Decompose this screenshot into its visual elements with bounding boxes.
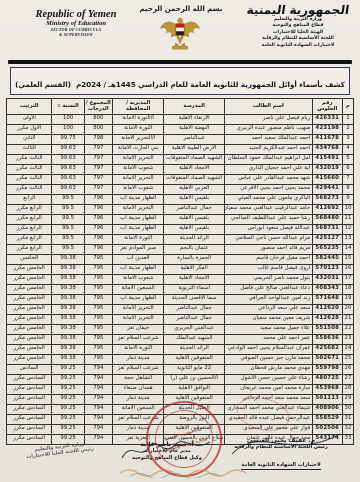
cell-rank: الثالث مكرر (7, 174, 52, 184)
cell-student-name: ريام فيصل علي ناصر (224, 114, 312, 124)
cell-district: التحرير الامانة (112, 154, 163, 164)
cell-rank: الأولى (7, 114, 52, 124)
cell-percentage: 99.25 (52, 394, 84, 404)
cell-district: مدينة ذمار (112, 424, 163, 434)
table-row: 1 426331 ريام فيصل علي ناصر الارتقاء الا… (7, 114, 354, 124)
cell-school: جمال عبدالناصر (164, 314, 225, 324)
cell-district: أ/التحرير الامانة (112, 134, 163, 144)
table-row: 13 425127 مرام عبدالله حسن ناجي السلامي … (7, 234, 354, 244)
cell-school: عثمان بالنجم (164, 244, 225, 254)
results-table: م رقم الجلوس اسم الطالب المدرسة المديرية… (6, 98, 354, 445)
cell-school: عبدالناصر (164, 134, 225, 144)
cell-number: 24 (342, 344, 353, 354)
cell-total: 796 (84, 244, 112, 254)
cell-percentage: 99.25 (52, 384, 84, 394)
cell-seat-number: 434768 (312, 144, 342, 154)
cell-percentage: 99.38 (52, 304, 84, 314)
cell-student-name: اية علي احمد جحيان الذاري (224, 164, 312, 174)
cell-district: شرعب السلام تعز (112, 334, 163, 344)
cell-student-name: محمد مازن جبر حسين الصوفي (224, 354, 312, 364)
cell-seat-number: 559798 (312, 364, 342, 374)
cell-school: أسماء التربوية (164, 284, 225, 294)
cell-total: 794 (84, 424, 112, 434)
cell-seat-number: 412620 (312, 304, 342, 314)
cell-district: العدين اب (112, 254, 163, 264)
cell-number: 22 (342, 324, 353, 334)
table-row: 29 501113 سعد محمد سعد احمد الرداعي المت… (7, 394, 354, 404)
cell-student-name: مرام عبدالله حسن ناجي السلامي (224, 234, 312, 244)
signatory-title-center-1: مدير عام الاختبارات (112, 448, 222, 455)
cell-seat-number: 453968 (312, 384, 342, 394)
cell-seat-number: 408906 (312, 404, 342, 414)
cell-seat-number: 565235 (312, 244, 342, 254)
cell-student-name: مريم قائد احمد منصور (224, 244, 312, 254)
cell-school: الشهيد الصماد المتفوقات (164, 154, 225, 164)
cell-district: التحرير الامانة (112, 314, 163, 324)
exams-line: لاختبارات الشهادة الثانوية العامة (244, 43, 352, 49)
cell-school: عبدالغني الحريري (164, 324, 225, 334)
table-body: 1 426331 ريام فيصل علي ناصر الارتقاء الا… (7, 114, 354, 444)
cell-rank: الرابع مكرر (7, 204, 52, 214)
cell-number: 7 (342, 174, 353, 184)
col-header-number: م (342, 98, 353, 114)
cell-student-name: عبدالله فيصل سعود ابوراس (224, 224, 312, 234)
cell-total: 795 (84, 264, 112, 274)
english-letterhead: Republic of Yemen Ministry of Education … (16, 9, 136, 38)
cell-school: جمال عبدالناصر (164, 304, 225, 314)
cell-seat-number: 570123 (312, 264, 342, 274)
col-header-total: المجموع / الدرجات (84, 98, 112, 114)
cell-number: 3 (342, 134, 353, 144)
cell-district: مدينة ذمار (112, 354, 163, 364)
cell-number: 14 (342, 244, 353, 254)
cell-school: بلقيس الاهلية (164, 224, 225, 234)
table-row: 8 429441 محمد يحيى احمد يحيى الاقرعي الع… (7, 184, 354, 194)
cell-number: 4 (342, 144, 353, 154)
cell-district: مدينة ذمار (112, 394, 163, 404)
table-row: 12 568731 عبدالله فيصل سعود ابوراس بلقيس… (7, 224, 354, 234)
table-row: 32 502506 فواز علي محمد علي السعيدي المت… (7, 424, 354, 434)
table-row: 24 425682 غفران عبدالسلام يحيى احمد الوا… (7, 344, 354, 354)
cell-rank: الرابع مكرر (7, 214, 52, 224)
cell-total: 796 (84, 224, 112, 234)
cell-number: 18 (342, 284, 353, 294)
cell-number: 32 (342, 424, 353, 434)
cell-rank: الخامس مكرر (7, 284, 52, 294)
cell-school: الشهيد عبدالملك (164, 334, 225, 344)
cell-school: الفكر الاهلية (164, 264, 225, 274)
cell-student-name: سعد علي سعد الرداعي (224, 304, 312, 314)
cell-rank: الخامس مكرر (7, 334, 52, 344)
cell-seat-number: 480725 (312, 374, 342, 384)
cell-total: 797 (84, 154, 112, 164)
table-row: 10 412692 حامد عبدالرقيب عبدالغني محمد س… (7, 204, 354, 214)
cell-percentage: 99.38 (52, 354, 84, 364)
cell-total: 795 (84, 354, 112, 364)
cell-number: 30 (342, 404, 353, 414)
cell-student-name: سعد محمد سعد احمد الرداعي (224, 394, 312, 404)
cell-number: 26 (342, 364, 353, 374)
cell-rank: الخامس مكرر (7, 314, 52, 324)
cell-district: التحرير الامانة (112, 204, 163, 214)
cell-district: أ/الثورة الامانة (112, 114, 163, 124)
cell-total: 795 (84, 284, 112, 294)
table-row: 16 570123 اروى فيصل قاسم غالب الفكر الاه… (7, 264, 354, 274)
cell-percentage: 99.5 (52, 194, 84, 204)
cell-school: أ/الحسين بن علي (ر) (164, 374, 225, 384)
cell-number: 9 (342, 194, 353, 204)
cell-rank: الخامس مكرر (7, 354, 52, 364)
table-row: 15 582445 احمد مقبل فرحان قاسم الحمزة با… (7, 254, 354, 264)
cell-percentage: 99.38 (52, 284, 84, 294)
cell-seat-number: 415660 (312, 174, 342, 184)
cell-district: الشاهل حجة (112, 374, 163, 384)
cell-number: 20 (342, 304, 353, 314)
cell-rank: الرابع (7, 194, 52, 204)
cell-district: الظهار مدينة اب (112, 194, 163, 204)
cell-seat-number: 423198 (312, 124, 342, 134)
document-section-label: (القسم العلمي) (15, 80, 71, 89)
cell-district: همدان صنعاء (112, 384, 163, 394)
cell-seat-number: 412692 (312, 204, 342, 214)
table-row: 14 565235 مريم قائد احمد منصور عثمان بال… (7, 244, 354, 254)
cell-total: 797 (84, 174, 112, 184)
cell-district: السبعين الامانة (112, 404, 163, 414)
cell-district: شرعب السلام تعز (112, 364, 163, 374)
cell-number: 29 (342, 394, 353, 404)
cell-seat-number: 568273 (312, 194, 342, 204)
cell-school: الارتقاء الاهلية (164, 114, 225, 124)
cell-total: 795 (84, 324, 112, 334)
cell-student-name: اروى فيصل قاسم غالب (224, 264, 312, 274)
cell-seat-number: 568731 (312, 224, 342, 234)
cell-percentage: 99.38 (52, 334, 84, 344)
table-row: 30 408906 شيماء عبدالغني محمد احمد السحا… (7, 404, 354, 414)
cell-percentage: 99.38 (52, 264, 84, 274)
cell-total: 798 (84, 134, 112, 144)
cell-number: 16 (342, 264, 353, 274)
cell-student-name: امل ابراهيم عبدالملك حمود السلطان (224, 154, 312, 164)
cell-rank: الخامس مكرر (7, 344, 52, 354)
header-divider (8, 60, 352, 64)
cell-seat-number: 568480 (312, 214, 342, 224)
cell-number: 5 (342, 154, 353, 164)
cell-district: بني الحارث الامانة (112, 144, 163, 154)
cell-number: 13 (342, 234, 353, 244)
cell-district: شعوب الامانة (112, 164, 163, 174)
cell-seat-number: 432031 (312, 274, 342, 284)
cell-school: بلقيس الاهلية (164, 214, 225, 224)
cell-seat-number: 558636 (312, 334, 342, 344)
cell-percentage: 99.38 (52, 344, 84, 354)
signatory-name-right: م. عفيف يحيى العنسي (216, 437, 346, 444)
cell-rank: السادس (7, 364, 52, 374)
cell-rank: الخامس مكرر (7, 264, 52, 274)
cell-seat-number: 551508 (312, 324, 342, 334)
cell-total: 794 (84, 364, 112, 374)
cell-student-name: دعاء عبدالغني صالح علي فاضل (224, 284, 312, 294)
cell-percentage: 100 (52, 124, 84, 134)
cell-total: 794 (84, 384, 112, 394)
cell-district: الظهار مدينة اب (112, 294, 163, 304)
cell-rank: الثالث مكرر (7, 164, 52, 174)
table-row: 19 571648 رند امين عبدالواحد الجرافي سما… (7, 294, 354, 304)
cell-number: 11 (342, 214, 353, 224)
cell-rank: السادس مكرر (7, 374, 52, 384)
cell-seat-number: 429441 (312, 184, 342, 194)
cell-number: 12 (342, 224, 353, 234)
cell-rank: السادس مكرر (7, 394, 52, 404)
cell-student-name: مهدي محمد مارش قحطان (224, 364, 312, 374)
cell-school: المتفوقين الاهلية (164, 424, 225, 434)
table-row: 5 415491 امل ابراهيم عبدالملك حمود السلط… (7, 154, 354, 164)
arabic-letterhead-lines: وزارة التربية والتعليم قطاع المناهج والت… (244, 17, 352, 49)
cell-district: الثورة الامانة (112, 344, 163, 354)
cell-percentage: 99.25 (52, 404, 84, 414)
cell-number: 23 (342, 334, 353, 344)
cell-seat-number: 571648 (312, 294, 342, 304)
cell-seat-number: 582445 (312, 254, 342, 264)
cell-school: الرائد الحديثة (164, 344, 225, 354)
col-header-school: المدرسة (164, 98, 225, 114)
cell-number: 15 (342, 254, 353, 264)
cell-rank: الثالث (7, 144, 52, 154)
cell-number: 10 (342, 204, 353, 214)
republic-calligraphy: الجمهورية اليمنية (243, 3, 353, 17)
cell-district: الثورة الامانة (112, 124, 163, 134)
cell-student-name: محمد يحيى احمد يحيى الاقرعي (224, 184, 312, 194)
cell-district: شرعب السلام تعز (112, 414, 163, 424)
cell-student-name: شهد محمد عبدالقادر علي عباس (224, 174, 312, 184)
signatory-title-right-2: لاختبارات الشهادة الثانوية العامة (241, 462, 320, 470)
letterhead: Republic of Yemen Ministry of Education … (0, 0, 360, 58)
cell-school: المتفوقين الاهلية (164, 394, 225, 404)
cell-percentage: 99.5 (52, 224, 84, 234)
cell-rank: الخامس مكرر (7, 294, 52, 304)
table-row: 20 412620 سعد علي سعد الرداعي جمال عبدال… (7, 304, 354, 314)
cell-student-name: رشا حميد علي عبداللطيف الصالحي (224, 214, 312, 224)
cell-school: الحمزة بالسارة (164, 254, 225, 264)
cell-total: 795 (84, 304, 112, 314)
col-header-percentage: النسبة ٪ (52, 98, 84, 114)
cell-seat-number: 426331 (312, 114, 342, 124)
cell-number: 27 (342, 374, 353, 384)
cell-number: 1 (342, 114, 353, 124)
cell-school: بلقيس الاهلية (164, 194, 225, 204)
table-row: 2 423198 صهيب ناظم منصور عبده الزبيري ال… (7, 124, 354, 134)
table-row: 18 408343 دعاء عبدالغني صالح علي فاضل أس… (7, 284, 354, 294)
cell-percentage: 99.5 (52, 244, 84, 254)
cell-percentage: 99.25 (52, 424, 84, 434)
cell-number: 6 (342, 164, 353, 174)
cell-rank: الثالث مكرر (7, 184, 52, 194)
cell-district: الظهار مدينة اب (112, 264, 163, 274)
cell-seat-number: 411678 (312, 134, 342, 144)
cell-percentage: 99.25 (52, 364, 84, 374)
cell-school: الامجاد الاهلية (164, 164, 225, 174)
cell-student-name: عبدالرحمن فيصل عبده قائد الحميدي (224, 414, 312, 424)
cell-school: العربي الاهلية (164, 184, 225, 194)
cell-seat-number: 415491 (312, 154, 342, 164)
table-row: 3 411678 احمد عبدالملك سعيد احمد عبدالنا… (7, 134, 354, 144)
table-row: 11 568480 رشا حميد علي عبداللطيف الصالحي… (7, 214, 354, 224)
document-title-box: كشف بأسماء أوائل الجمهورية للثانوية العا… (10, 67, 350, 95)
cell-district: التحرير الامانة (112, 304, 163, 314)
footer-right-signatory: م. عفيف يحيى العنسي رئيس اللجنة الأساسية… (216, 437, 346, 470)
cell-percentage: 99.63 (52, 144, 84, 154)
cell-district: السبعين الامانة (112, 284, 163, 294)
cell-seat-number: 412628 (312, 314, 342, 324)
cell-school: المتفوقين الاهلية (164, 354, 225, 364)
cell-rank: الرابع مكرر (7, 234, 52, 244)
cell-percentage: 99.5 (52, 214, 84, 224)
cell-total: 800 (84, 124, 112, 134)
cell-district: شعوب الامانة (112, 274, 163, 284)
cell-student-name: احمد عبدالملك سعيد احمد (224, 134, 312, 144)
cell-total: 794 (84, 404, 112, 414)
cell-student-name: حامد عبدالرقيب عبدالغني محمد سفيان (224, 204, 312, 214)
cell-rank: الخامس مكرر (7, 274, 52, 284)
ministry-name-english: Ministry of Education (16, 20, 136, 28)
table-row: 7 415660 شهد محمد عبدالقادر علي عباس الش… (7, 174, 354, 184)
cell-student-name: احمد مقبل فرحان قاسم (224, 254, 312, 264)
cell-student-name: عمر احمد علي محمد (224, 334, 312, 344)
cell-school: الارض الطيبة الاهلية (164, 144, 225, 154)
cell-percentage: 100 (52, 114, 84, 124)
cell-number: 8 (342, 184, 353, 194)
cell-district: الظهار مدينة اب (112, 224, 163, 234)
cell-total: 794 (84, 414, 112, 424)
cell-district: الثورة الامانة (112, 234, 163, 244)
cell-seat-number: 502506 (312, 424, 342, 434)
col-header-district: المديرية / المحافظة (112, 98, 163, 114)
table-row: 6 432019 اية علي احمد جحيان الذاري الامج… (7, 164, 354, 174)
sector-name-english-2: & SUPERVISION (16, 33, 136, 38)
cell-percentage: 99.5 (52, 204, 84, 214)
table-row: 31 558529 عبدالرحمن فيصل عبده قائد الحمي… (7, 414, 354, 424)
signatory-title-right-1: رئيس اللجنة الأساسية للنظام والرقابة (216, 444, 346, 451)
table-row: 21 412628 شريف معين محمد سفيان جمال عبدا… (7, 314, 354, 324)
cell-district: التحرير الامانة (112, 174, 163, 184)
cell-student-name: علاء جميل محمد سعيد (224, 324, 312, 334)
cell-percentage: 99.75 (52, 134, 84, 144)
signatory-name-center: أ. حميد ناصر غلابة (112, 441, 222, 448)
cell-percentage: 99.38 (52, 324, 84, 334)
cell-total: 796 (84, 204, 112, 214)
cell-total: 796 (84, 214, 112, 224)
table-row: 25 502671 محمد مازن جبر حسين الصوفي المت… (7, 354, 354, 364)
cell-student-name: شيماء عبدالغني محمد احمد السحاري (224, 404, 312, 414)
cell-percentage: 99.38 (52, 274, 84, 284)
cell-student-name: سارة محمد امين محمد عريجان (224, 384, 312, 394)
cell-rank: السادس مكرر (7, 414, 52, 424)
cell-school: الامجاد الاهلية (164, 274, 225, 284)
cell-percentage: 99.5 (52, 234, 84, 244)
col-header-rank: الترتيب (7, 98, 52, 114)
signatory-title-center-2: وكيل قطاع المناهج والتوجيه (112, 455, 222, 462)
col-header-name: اسم الطالب (224, 98, 312, 114)
arabic-letterhead: الجمهورية اليمنية وزارة التربية والتعليم… (244, 3, 352, 49)
cell-school: الشهيد الصماد المتفوقات (164, 174, 225, 184)
table-header: م رقم الجلوس اسم الطالب المدرسة المديرية… (7, 98, 354, 114)
cell-rank: السادس مكرر (7, 424, 52, 434)
bismillah-text: بسم الله الرحمن الرحيم (125, 5, 237, 13)
col-header-seat: رقم الجلوس (312, 98, 342, 114)
cell-number: 21 (342, 314, 353, 324)
table-row: 9 568273 الباكري مامون علي محمد الغيثي ب… (7, 194, 354, 204)
cell-total: 795 (84, 334, 112, 344)
table-row: 23 558636 عمر احمد علي محمد الشهيد عبدال… (7, 334, 354, 344)
cell-percentage: 99.63 (52, 184, 84, 194)
cell-percentage: 99.63 (52, 164, 84, 174)
cell-student-name: شريف معين محمد سفيان (224, 314, 312, 324)
document-title: كشف بأسماء أوائل الجمهورية للثانوية العا… (76, 80, 345, 89)
cell-student-name: رند امين عبدالواحد الجرافي (224, 294, 312, 304)
cell-rank: الرابع مكرر (7, 244, 52, 254)
cell-seat-number: 501113 (312, 394, 342, 404)
cell-total: 800 (84, 114, 112, 124)
table-row: 17 432031 بتول محمد ناصر الحريمي الامجاد… (7, 274, 354, 284)
cell-percentage: 99.63 (52, 154, 84, 164)
cell-total: 796 (84, 234, 112, 244)
scanned-document-page: { "header": { "english": { "line1": "Rep… (0, 0, 360, 482)
cell-number: 25 (342, 354, 353, 364)
cell-number: 28 (342, 384, 353, 394)
cell-percentage: 99.63 (52, 174, 84, 184)
cell-number: 19 (342, 294, 353, 304)
cell-school: النهضة الاهلية (164, 124, 225, 134)
cell-rank: الخامس مكرر (7, 304, 52, 314)
cell-student-name: بتول محمد ناصر الحريمي (224, 274, 312, 284)
cell-rank: السادس مكرر (7, 434, 52, 444)
cell-total: 795 (84, 344, 112, 354)
cell-percentage: 99.25 (52, 374, 84, 384)
cell-total: 797 (84, 184, 112, 194)
table-row: 28 453968 سارة محمد امين محمد عريجان الت… (7, 384, 354, 394)
cell-total: 797 (84, 144, 112, 154)
cell-student-name: رشاء علي حسين حسن الاشول (224, 374, 312, 384)
cell-district: صبر الموادم تعز (112, 244, 163, 254)
cell-seat-number: 425127 (312, 234, 342, 244)
cell-number: 17 (342, 274, 353, 284)
cell-percentage: 99.38 (52, 254, 84, 264)
cell-total: 796 (84, 194, 112, 204)
cell-rank: السادس مكرر (7, 404, 52, 414)
cell-total: 794 (84, 394, 112, 404)
cell-school: التوافق الاهلية (164, 384, 225, 394)
cell-percentage: 99.38 (52, 294, 84, 304)
cell-rank: السادس مكرر (7, 384, 52, 394)
cell-rank: الأول مكرر (7, 124, 52, 134)
cell-seat-number: 408343 (312, 284, 342, 294)
cell-school: جمال عبدالناصر (164, 204, 225, 214)
cell-seat-number: 558529 (312, 414, 342, 424)
cell-rank: الخامس (7, 254, 52, 264)
table-row: 4 434768 احمد احمد عبدالكريم الجنيد الار… (7, 144, 354, 154)
cell-total: 794 (84, 374, 112, 384)
cell-student-name: الباكري مامون علي محمد الغيثي (224, 194, 312, 204)
cell-number: 31 (342, 414, 353, 424)
cell-rank: الثالث مكرر (7, 154, 52, 164)
cell-number: 2 (342, 124, 353, 134)
cell-student-name: غفران عبدالسلام يحيى احمد الوادعي (224, 344, 312, 354)
cell-school: الرائد الحديثة (164, 234, 225, 244)
table-row: 27 480725 رشاء علي حسين حسن الاشول أ/الح… (7, 374, 354, 384)
cell-student-name: احمد احمد عبدالكريم الجنيد (224, 144, 312, 154)
country-name-english: Republic of Yemen (16, 9, 136, 20)
cell-total: 795 (84, 254, 112, 264)
table-row: 22 551508 علاء جميل محمد سعيد عبدالغني ا… (7, 324, 354, 334)
